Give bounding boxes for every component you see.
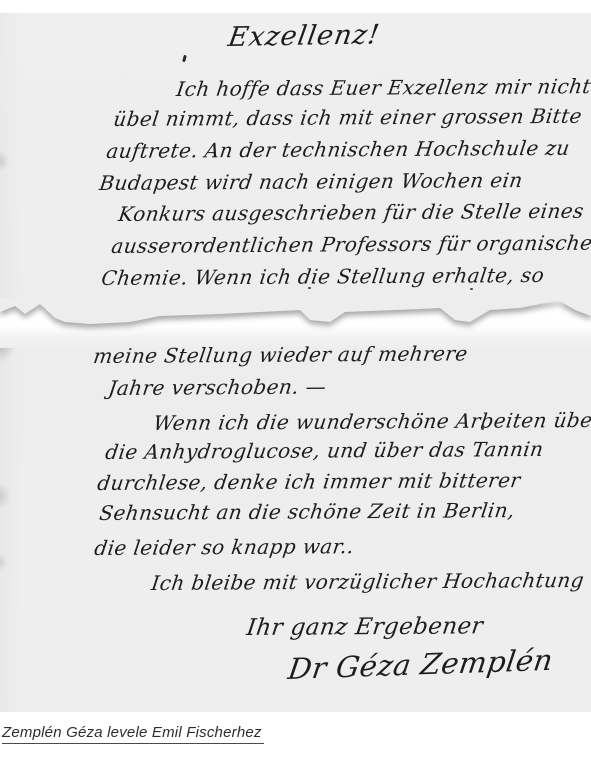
valediction-line: Ihr ganz Ergebener xyxy=(245,613,485,641)
letter-line: übel nimmt, dass ich mit einer grossen B… xyxy=(112,105,583,131)
letter-line: Wenn ich die wunderschöne Arbeiten über xyxy=(152,409,591,435)
letter-line: die Anhydroglucose, und über das Tannin xyxy=(104,438,545,464)
photo-caption: Zemplén Géza levele Emil Fischerhez xyxy=(2,724,264,744)
page: Exzellenz! Ich hoffe dass Euer Exzellenz… xyxy=(0,0,591,759)
paper-smudge xyxy=(0,150,10,172)
ink-mark xyxy=(182,55,187,63)
letter-line: die leider so knapp war.. xyxy=(93,535,356,560)
letter-line: Jahre verschoben. — xyxy=(107,375,328,400)
letter-line: meine Stellung wieder auf mehrere xyxy=(92,342,469,368)
letter-line: durchlese, denke ich immer mit bitterer xyxy=(96,469,522,495)
paper-speck xyxy=(470,288,473,290)
paper-smudge xyxy=(0,553,8,571)
letter-line: auftrete. An der technischen Hochschule … xyxy=(105,137,571,163)
letter-line: Ich hoffe dass Euer Exzellenz mir nicht xyxy=(175,75,591,101)
letter-line: Budapest wird nach einigen Wochen ein xyxy=(98,169,524,195)
closing-line: Ich bleibe mit vorzüglicher Hochachtung xyxy=(150,569,586,595)
letter-line: Chemie. Wenn ich die Stellung erhalte, s… xyxy=(100,264,546,290)
letter-line: ausserordentlichen Professors für organi… xyxy=(110,232,591,258)
scanned-letter: Exzellenz! Ich hoffe dass Euer Exzellenz… xyxy=(0,13,591,712)
letter-line: Sehnsucht an die schöne Zeit in Berlin, xyxy=(98,499,516,525)
paper-smudge xyxy=(0,483,11,509)
letter-heading: Exzellenz! xyxy=(226,19,382,53)
signature: Dr Géza Zemplén xyxy=(286,644,555,686)
letter-line: Konkurs ausgeschrieben für die Stelle ei… xyxy=(117,200,585,226)
torn-edge xyxy=(0,298,591,348)
